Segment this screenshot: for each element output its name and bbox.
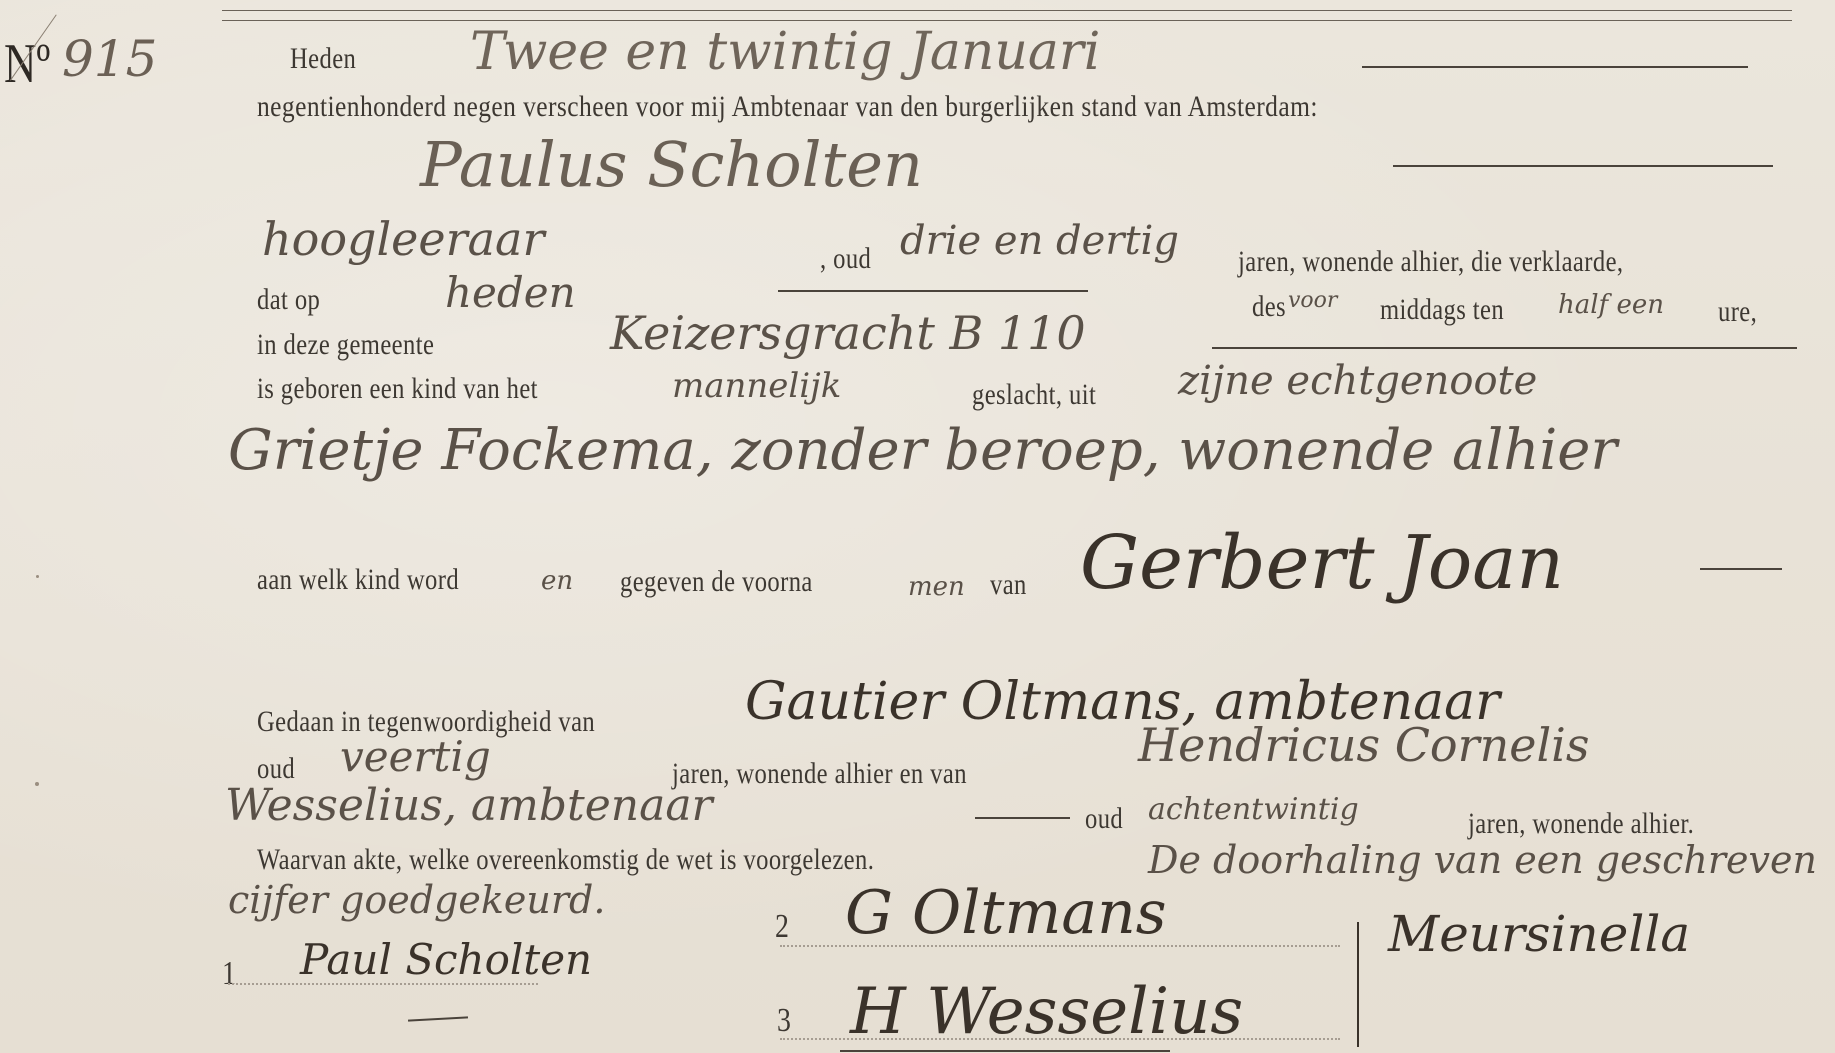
paper-speck <box>36 575 39 578</box>
sig-number-1: 1 <box>222 955 236 993</box>
hw-declarant-age: drie en dertig <box>900 218 1179 264</box>
signature-2: G Oltmans <box>845 878 1167 948</box>
hw-witness2-rest: Wesselius, ambtenaar <box>225 780 713 831</box>
printed-van: van <box>990 568 1027 602</box>
hw-sex: mannelijk <box>672 366 841 406</box>
hw-annotation-2: cijfer goedgekeurd. <box>228 878 605 922</box>
hw-mother-line: Grietje Fockema, zonder beroep, wonende … <box>228 418 1617 483</box>
signature-3: H Wesselius <box>850 975 1243 1049</box>
record-number-prefix: Nº <box>4 32 50 96</box>
hw-address: Keizersgracht B 110 <box>610 306 1086 360</box>
fill-rule-name <box>1393 165 1773 167</box>
fill-rule-names <box>1700 568 1782 570</box>
printed-waarvan: Waarvan akte, welke overeenkomstig de we… <box>257 843 874 877</box>
hw-voor-na: voor <box>1288 288 1337 313</box>
signature-1: Paul Scholten <box>300 935 592 984</box>
record-number: 915 <box>62 30 157 88</box>
printed-gegeven: gegeven de voorna <box>620 565 813 599</box>
fill-rule-witness2 <box>975 817 1070 819</box>
printed-heden: Heden <box>290 42 356 76</box>
printed-middags-ten: middags ten <box>1380 293 1504 327</box>
printed-des: des <box>1252 290 1286 324</box>
printed-line2: negentienhonderd negen verscheen voor mi… <box>257 90 1318 124</box>
signature-official: Meursinella <box>1388 905 1690 963</box>
printed-in-deze-gemeente: in deze gemeente <box>257 328 434 362</box>
printed-jaren-en-van: jaren, wonende alhier en van <box>672 757 967 791</box>
printed-jaren-verklaarde: jaren, wonende alhier, die verklaarde, <box>1238 245 1623 279</box>
printed-ure: ure, <box>1718 295 1757 329</box>
paper-speck <box>35 782 39 786</box>
hw-annotation-1: De doorhaling van een geschreven <box>1148 838 1817 882</box>
fill-rule-date <box>1362 66 1748 68</box>
printed-aan-welk-kind: aan welk kind word <box>257 563 459 597</box>
top-rule-1 <box>222 10 1792 11</box>
document-page: Nº 915 Heden Twee en twintig Januari neg… <box>0 0 1835 1053</box>
fill-rule-day <box>778 290 1088 292</box>
hw-witness2-first: Hendricus Cornelis <box>1138 718 1590 772</box>
sig-flourish-1 <box>408 1016 468 1021</box>
hw-occupation: hoogleeraar <box>262 212 544 266</box>
printed-is-geboren: is geboren een kind van het <box>257 372 538 406</box>
printed-oud: , oud <box>820 242 871 276</box>
hw-voorname-suffix: men <box>908 572 965 602</box>
hw-birth-time: half een <box>1558 290 1664 320</box>
printed-geslacht-uit: geslacht, uit <box>972 378 1096 412</box>
printed-oud-3: oud <box>1085 802 1123 836</box>
printed-jaren-alhier: jaren, wonende alhier. <box>1468 807 1694 841</box>
top-rule-2 <box>222 20 1792 21</box>
fill-rule-address <box>1212 347 1797 349</box>
hw-date-words: Twee en twintig Januari <box>470 22 1100 82</box>
sig-number-3: 3 <box>777 1002 791 1040</box>
sig-flourish-3 <box>840 1050 1170 1052</box>
printed-dat-op: dat op <box>257 283 320 317</box>
hw-witness1-age: veertig <box>340 732 491 781</box>
hw-child-given-names: Gerbert Joan <box>1080 520 1564 606</box>
hw-word-suffix: en <box>541 566 573 596</box>
sig-number-2: 2 <box>775 908 789 946</box>
hw-mother-intro: zijne echtgenoote <box>1178 358 1537 404</box>
hw-witness2-age: achtentwintig <box>1148 792 1359 827</box>
hw-birth-day: heden <box>445 268 576 317</box>
hw-declarant-name: Paulus Scholten <box>420 128 923 201</box>
signature-bracket <box>1357 922 1359 1047</box>
